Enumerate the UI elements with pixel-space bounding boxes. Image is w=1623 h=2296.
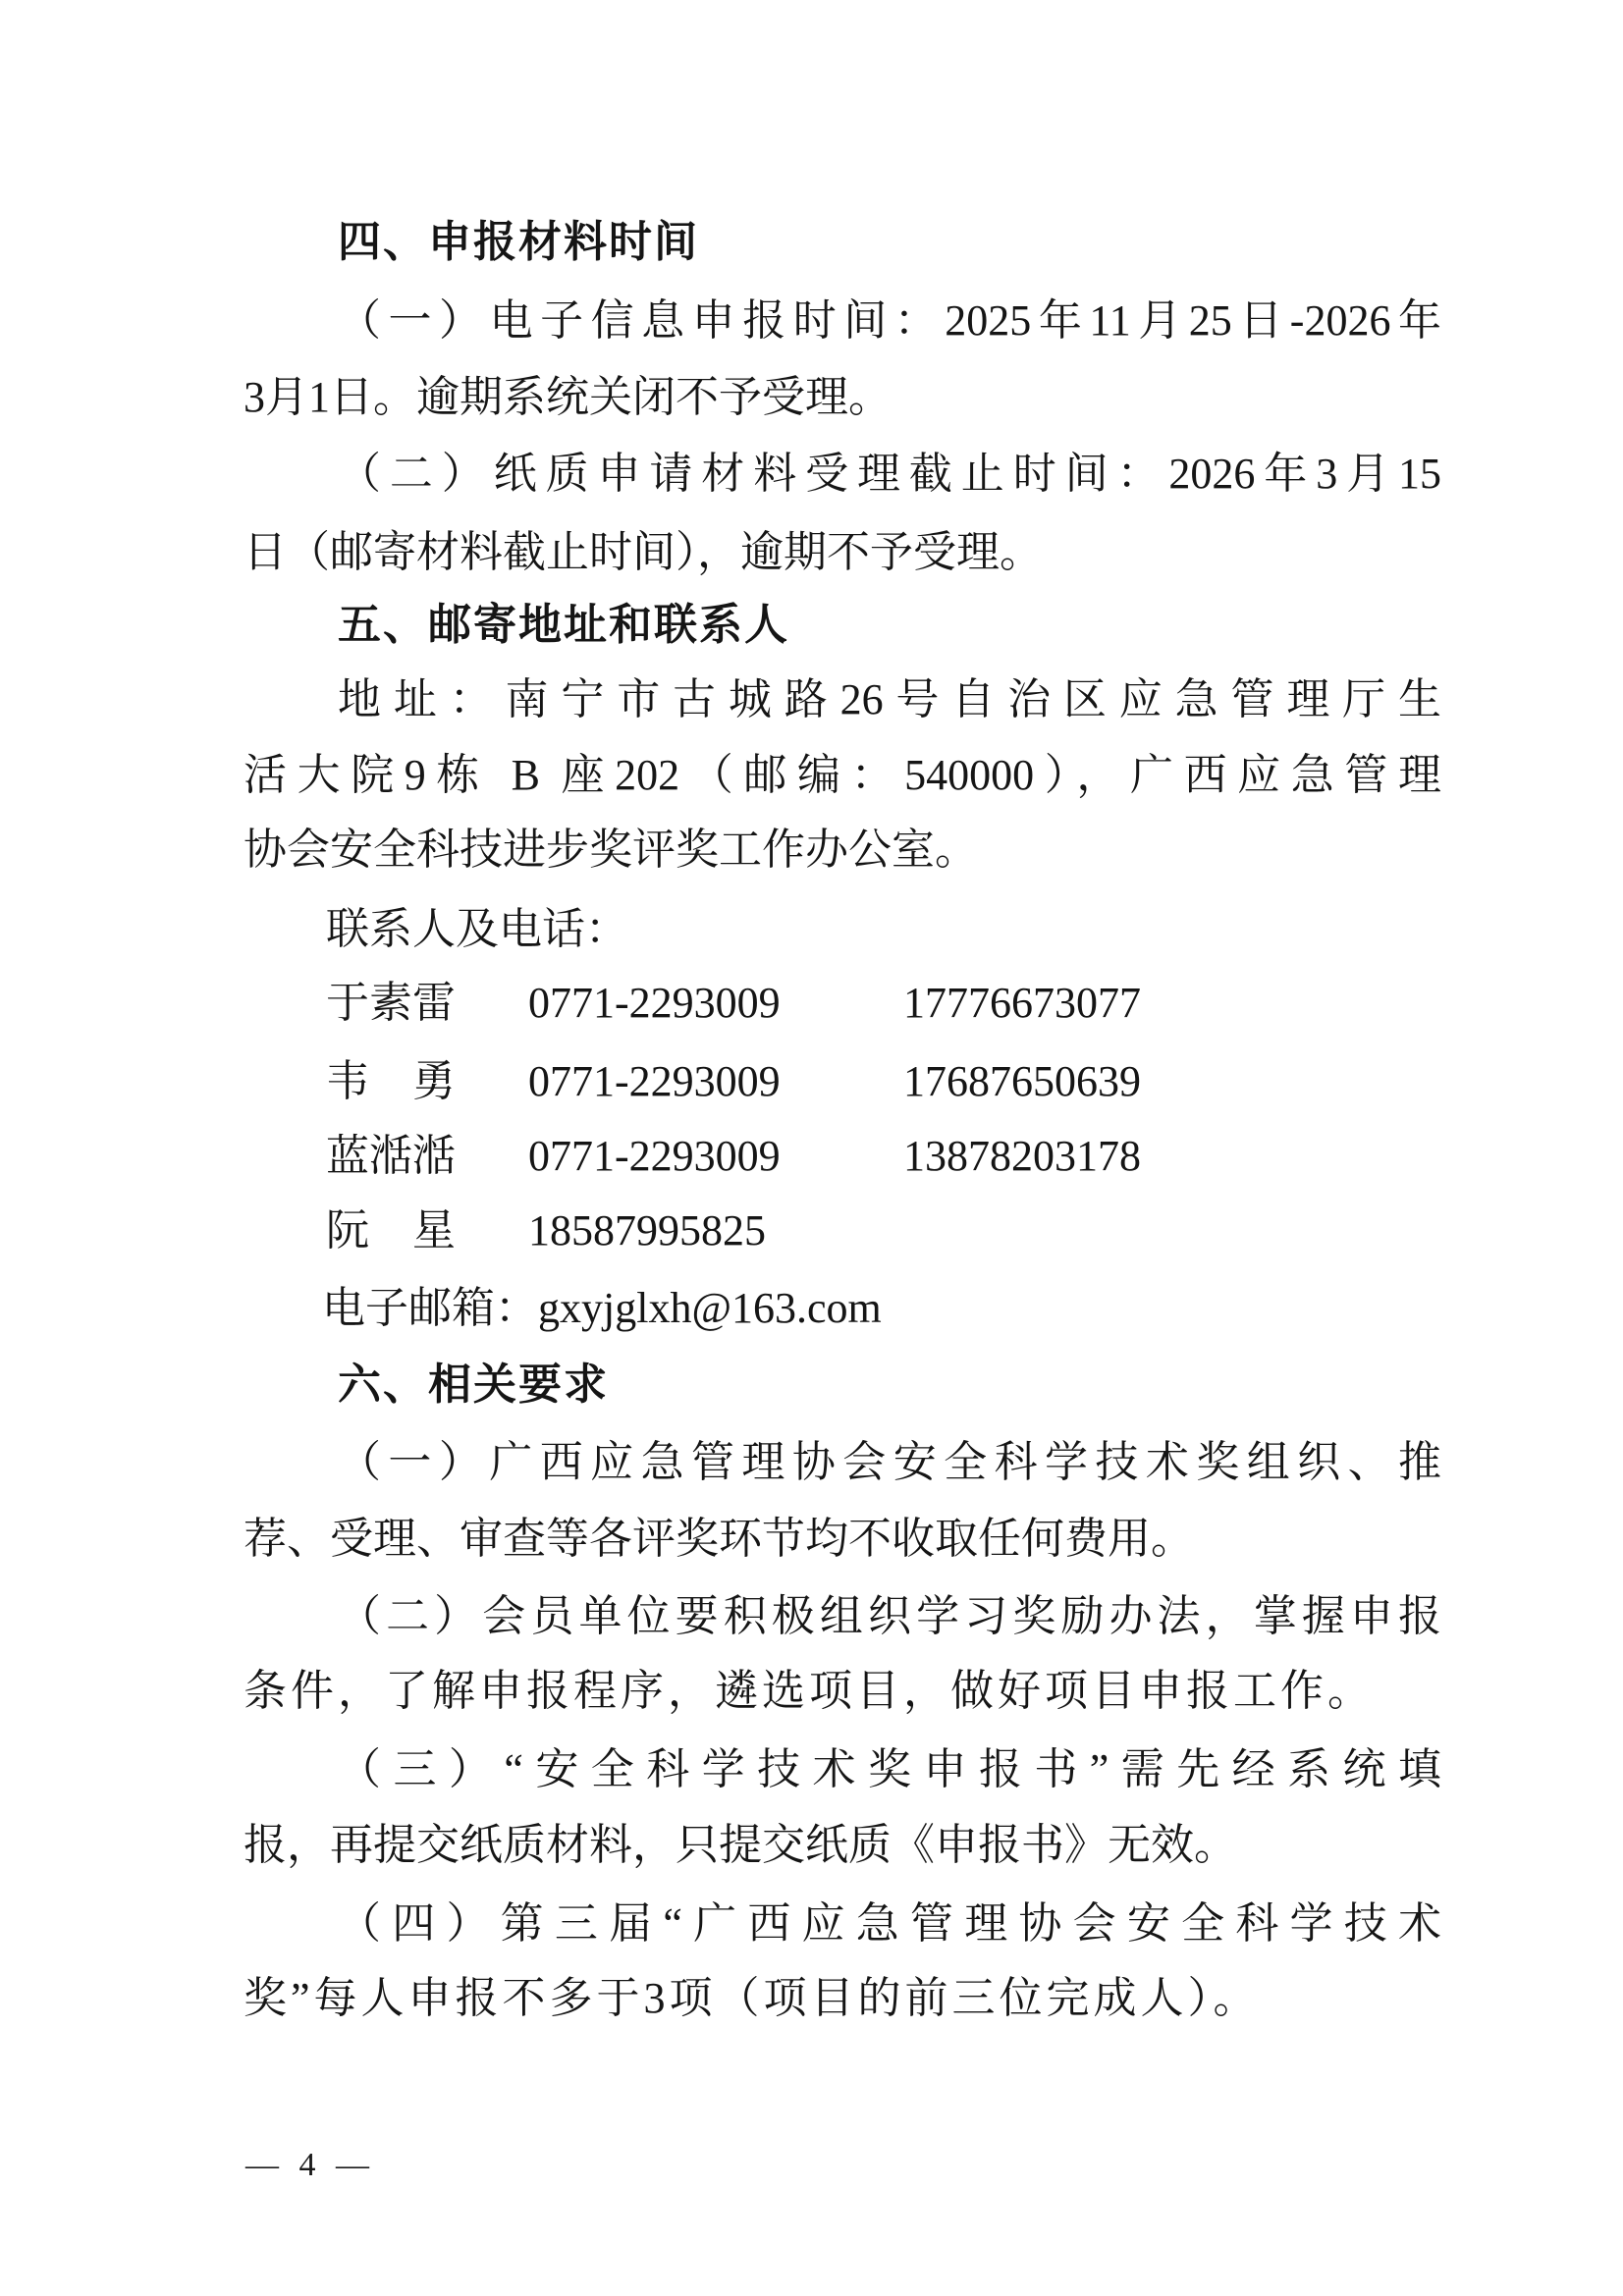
body-line: （一）广西应急管理协会安全科学技术奖组织、推: [243, 1424, 1441, 1501]
email-label: 电子邮箱：: [322, 1284, 538, 1332]
page-number: — 4 —: [245, 2146, 375, 2185]
contact-row: 阮 星 18587995825: [243, 1193, 1441, 1269]
contact-mobile: 13878203178: [903, 1118, 1141, 1195]
body-line: 奖”每人申报不多于3项（项目的前三位完成人）。: [243, 1960, 1441, 2037]
body-line: 协会安全科技进步奖评奖工作办公室。: [243, 812, 1441, 888]
contact-name: 阮 星: [326, 1193, 456, 1269]
email-line: 电子邮箱：gxyjglxh@163.com: [243, 1270, 1441, 1347]
contact-name: 于素雷: [326, 965, 456, 1041]
contact-phone: 0771-2293009: [528, 1118, 781, 1195]
contact-row: 于素雷 0771-2293009 17776673077: [243, 965, 1441, 1041]
contact-mobile: 17687650639: [903, 1043, 1141, 1120]
contact-intro: 联系人及电话：: [243, 891, 1441, 968]
email-address: gxyjglxh@163.com: [538, 1284, 882, 1332]
contact-name: 韦 勇: [326, 1043, 456, 1120]
contact-row: 韦 勇 0771-2293009 17687650639: [243, 1043, 1441, 1120]
contact-mobile: 17776673077: [903, 965, 1141, 1041]
contact-phone: 18587995825: [528, 1193, 766, 1269]
body-line: 活大院9栋 B 座202（邮编：540000），广西应急管理: [243, 737, 1441, 814]
body-line: （二）纸质申请材料受理截止时间：2026年3月15: [243, 436, 1441, 512]
section-heading-5: 五、邮寄地址和联系人: [243, 587, 1441, 664]
contact-name: 蓝湉湉: [326, 1118, 456, 1195]
contact-phone: 0771-2293009: [528, 1043, 781, 1120]
body-line: 日（邮寄材料截止时间），逾期不予受理。: [243, 514, 1441, 591]
body-line: 地址：南宁市古城路26号自治区应急管理厅生: [243, 662, 1441, 738]
document-page: 四、申报材料时间 （一）电子信息申报时间：2025年11月25日-2026年 3…: [0, 0, 1623, 2296]
body-line: （一）电子信息申报时间：2025年11月25日-2026年: [243, 283, 1441, 359]
section-heading-4: 四、申报材料时间: [243, 204, 1441, 281]
body-line: （二）会员单位要积极组织学习奖励办法，掌握申报: [243, 1578, 1441, 1655]
body-line: 3月1日。逾期系统关闭不予受理。: [243, 359, 1441, 436]
body-line: （四）第三届“广西应急管理协会安全科学技术: [243, 1886, 1441, 1962]
section-heading-6: 六、相关要求: [243, 1347, 1441, 1423]
body-line: 报，再提交纸质材料，只提交纸质《申报书》无效。: [243, 1807, 1441, 1884]
body-line: 荐、受理、审查等各评奖环节均不收取任何费用。: [243, 1501, 1441, 1577]
contact-row: 蓝湉湉 0771-2293009 13878203178: [243, 1118, 1441, 1195]
body-line: （三）“安全科学技术奖申报书”需先经系统填: [243, 1732, 1441, 1808]
contact-phone: 0771-2293009: [528, 965, 781, 1041]
body-line: 条件，了解申报程序，遴选项目，做好项目申报工作。: [243, 1653, 1441, 1730]
